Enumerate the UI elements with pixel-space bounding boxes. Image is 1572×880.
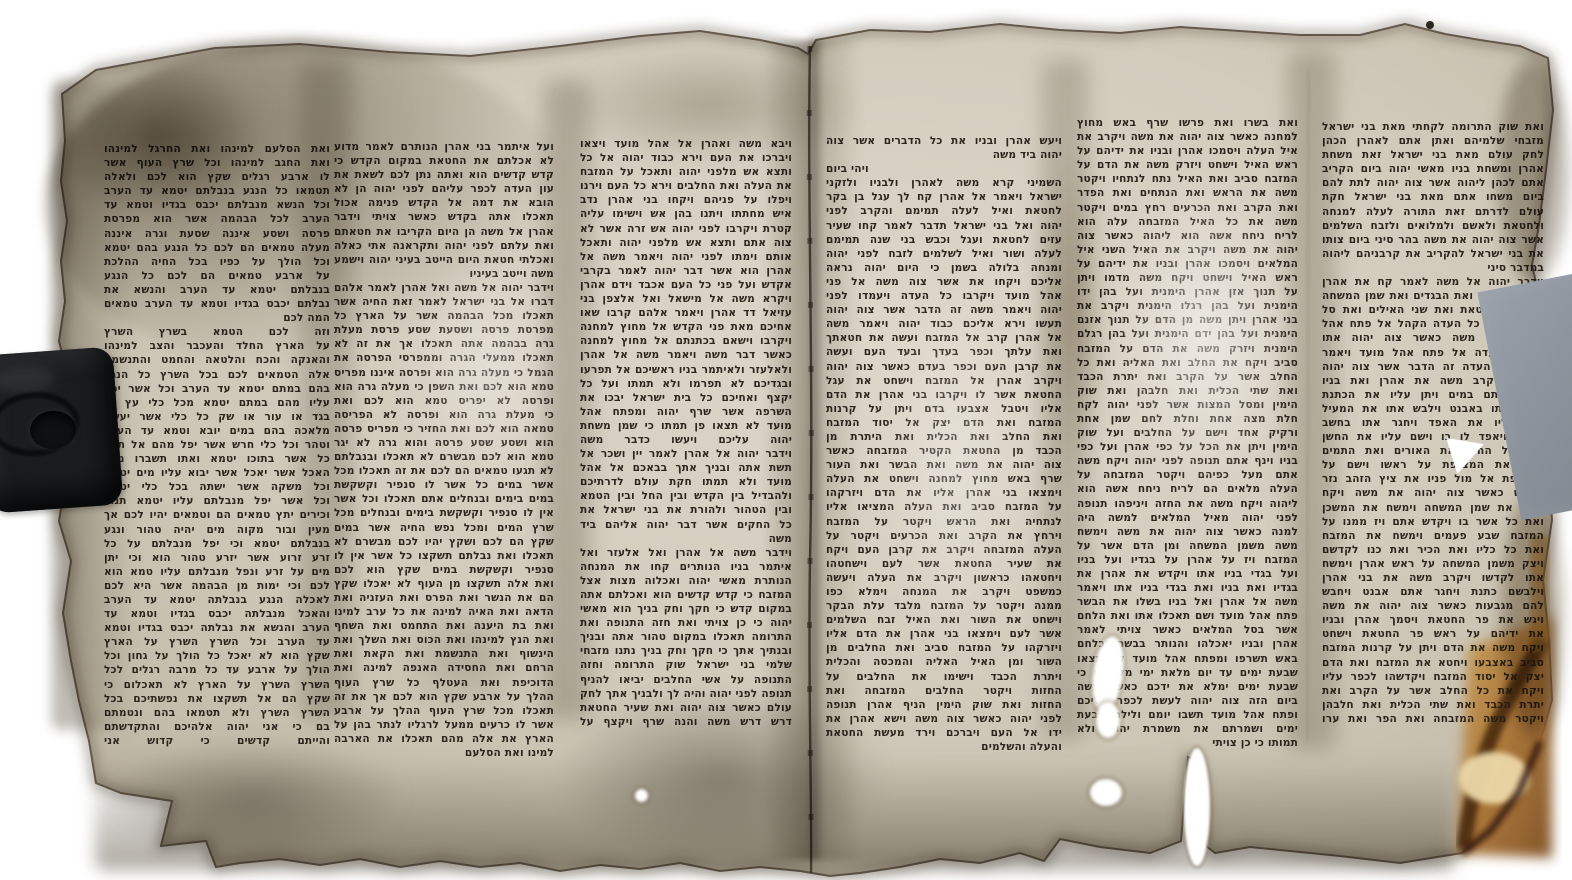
manuscript-line: השמיני קרא משה לאהרן ולבניו ולזקני (826, 176, 1062, 190)
manuscript-line: פתח אהל מועד ושם תאכלו אתו ואת הלחם (1077, 609, 1298, 623)
manuscript-line: לפני יהוה מאיל המלאים למשה היה (1077, 511, 1298, 525)
manuscript-line: ואת הסלעם למינהו ואת החרגל למינהו (104, 142, 330, 156)
manuscript-line: סביב ויקח את החלב ואת האליה ואת כל (1077, 356, 1298, 370)
manuscript-line: על הארץ החלד והעכבר והצב למינהו (104, 339, 330, 353)
manuscript-line: איש מחתתו ויתנו בהן אש וישימו עליה (580, 207, 792, 221)
text-column-3: ויעש אהרן ובניו את כל הדברים אשר צוהיהוה… (826, 134, 1062, 754)
manuscript-line: אשר במים כל אשר לו סנפיר וקשקשת (334, 478, 554, 492)
manuscript-line: ואת כל אשר בו ויקדש אתם ויז ממנו על (1322, 515, 1544, 529)
manuscript-line: בם כי אני יהוה אלהיכם והתקדשתם (104, 720, 330, 734)
manuscript-line: ויקח את כל החלב אשר על הקרב ואת (1322, 684, 1544, 698)
manuscript-line: ויברכו את העם וירא כבוד יהוה אל כל העם (580, 151, 792, 165)
manuscript-line: במדבר סיני (1322, 261, 1544, 275)
manuscript-line: תאכלו אתה בקדש כאשר צויתי וידבר (334, 210, 554, 224)
manuscript-line: ותצא אש מלפני יהוה ותאכל על המזבח (580, 165, 792, 179)
manuscript-line: הימנית ועל בהן ידם הימנית ועל בהן רגלם (1077, 327, 1298, 341)
manuscript-line: לחק עולם מאת בני ישראל זאת משחת (1322, 148, 1544, 162)
manuscript-line: לפני יהוה כאשר צוה משה וישא אהרן את (826, 712, 1062, 726)
manuscript-line: ביום הזה צוה יהוה לעשת לכפר עליכם (1077, 694, 1298, 708)
manuscript-line: בגדיו ואת בניו ואת בגדי בניו אתו ויאמר (1077, 581, 1298, 595)
manuscript-line: המצנפת אל מול פניו את ציץ הזהב נזר (1322, 472, 1544, 486)
manuscript-line: בנבלתם יטמא עד הערב והנשא את (104, 283, 330, 297)
manuscript-line: משה משמן המשחה ומן הדם אשר על (1077, 539, 1298, 553)
manuscript-line: ועל בגדי בניו אתו ויקדש את אהרן את (1077, 567, 1298, 581)
manuscript-line: אין לו סנפיר וקשקשת בימים ובנחלים מכל (334, 506, 554, 520)
manuscript-line: הם את הנשר ואת הפרס ואת העזניה ואת (334, 591, 554, 605)
manuscript-line: ופרסה לא יפריס טמא הוא לכם ואת הארנבת (334, 394, 554, 408)
manuscript-line: הימנית ועל בהן רגלו הימנית ויקרב את (1077, 299, 1298, 313)
manuscript-line: תעשו וירא אליכם כבוד יהוה ויאמר משה (826, 317, 1062, 331)
manuscript-line: ויבא משה ואהרן אל אהל מועד ויצאו (580, 137, 792, 151)
manuscript-line: טמאה הוא לכם ואת החזיר כי מפריס פרסה (334, 422, 554, 436)
manuscript-line: טמא הוא לכם מבשרם לא תאכלו ובנבלתם (334, 450, 554, 464)
black-weight-clamp (0, 347, 123, 514)
manuscript-line: משה את הראש ואת הנתחים ואת הפדר (1077, 186, 1298, 200)
manuscript-line: מועד לא תצאו פן תמתו כי שמן משחת (580, 419, 792, 433)
manuscript-line: לנתחיה ואת הראש ויקטר על המזבח (826, 515, 1062, 529)
manuscript-line: ויתרת הכבד וישימו את החלבים על (826, 670, 1062, 684)
manuscript-line: החטאת אשר לו ויקרבו בני אהרן את הדם (826, 388, 1062, 402)
manuscript-line: צוה אתם ותצא אש מלפני יהוה ותאכל (580, 236, 792, 250)
manuscript-line: צוה יהוה את משה ואת הבשר ואת העור (826, 458, 1062, 472)
manuscript-line: במקום קדש כי חקך וחק בניך הוא מאשי (580, 602, 792, 616)
manuscript-line: וטהר וכל כלי חרש אשר יפל מהם אל תוכו (104, 438, 330, 452)
torah-scroll-photo: ואת שוק התרומה לקחתי מאת בני ישראלמזבחי … (0, 0, 1572, 880)
manuscript-line: ואת הקרב ואת הכרעים רחץ במים ויקטר (1077, 201, 1298, 215)
manuscript-line: קטרת ויקרבו לפני יהוה אש זרה אשר לא (580, 222, 792, 236)
manuscript-line: יהוה ואל בני ישראל תדבר לאמר קחו שעיר (826, 219, 1062, 233)
manuscript-line: אהרן ומשחת בניו מאשי יהוה ביום הקריב (1322, 162, 1544, 176)
manuscript-line: ממנה ויקטר על המזבח מלבד עלת הבקר (826, 599, 1062, 613)
manuscript-line: תשת אתה ובניך אתך בבאכם אל אהל (580, 461, 792, 475)
manuscript-line: למחנה כאשר צוה יהוה את משה ויקרב את (1077, 130, 1298, 144)
manuscript-line: תטמאו כל הנגע בנבלתם יטמא עד הערב (104, 184, 330, 198)
manuscript-line: ליהוה ויקח משה את החזה ויניפהו תנופה (1077, 497, 1298, 511)
manuscript-line: לא תגעו טמאים הם לכם את זה תאכלו מכל (334, 464, 554, 478)
manuscript-line: וידבר יהוה אל אהרן לאמר יין ושכר אל (580, 447, 792, 461)
manuscript-line: איתמר בניו הנותרים קחו את המנחה (580, 560, 792, 574)
manuscript-line: וישחט את השור ואת האיל זבח השלמים (826, 613, 1062, 627)
manuscript-line: משה וייטב בעיניו (334, 267, 554, 281)
manuscript-line: אחיכם מאת פני הקדש אל מחוץ למחנה (580, 320, 792, 334)
manuscript-line: ימים ושמרתם את משמרת יהוה ולא (1077, 722, 1298, 736)
manuscript-line: יהוה את משה ויקרב את האיל השני איל (1077, 243, 1298, 257)
manuscript-line: טמא הוא לכם ואת השפן כי מעלה גרה הוא (334, 380, 554, 394)
manuscript-line: חלת מצה אחת וחלת לחם שמן אחת (1077, 412, 1298, 426)
manuscript-line: שלמי בני ישראל שוק התרומה וחזה (580, 658, 792, 672)
manuscript-line: ידו אל העם ויברכם וירד מעשת החטאת (826, 726, 1062, 740)
manuscript-line: את העלה ואת החלבים וירא כל העם וירנו (580, 179, 792, 193)
manuscript-line: ויהי ביום (826, 162, 1062, 176)
manuscript-line: ואת שוק התרומה לקחתי מאת בני ישראל (1322, 120, 1544, 134)
manuscript-line: ואת אלה תשקצו מן העוף לא יאכלו שקץ (334, 577, 554, 591)
manuscript-line: מזבחי שלמיהם ואתן אתם לאהרן הכהן ולבניו (1322, 134, 1544, 148)
manuscript-line: ביום משחו אתם מאת בני ישראל חקת (1322, 190, 1544, 204)
manuscript-line: הימין ויתן את הכל על כפי אהרן ועל כפי (1077, 440, 1298, 454)
manuscript-line: את ידיהם על ראש פר החטאת וישחט (1322, 627, 1544, 641)
manuscript-line: ויקח משה את הדם ויתן על קרנות המזבח (1322, 641, 1544, 655)
manuscript-line: ויקרבו וישאם בכתנתם אל מחוץ למחנה (580, 334, 792, 348)
manuscript-line: המזבח ואת הדם יצק אל יסוד המזבח (826, 416, 1062, 430)
manuscript-line: מפרסת פרסה ושסעת שסע פרסת מעלת (334, 323, 554, 337)
manuscript-line: כל אשר בתוכו יטמא ואתו תשברו מכל (104, 452, 330, 466)
manuscript-line: את קרבן העם וכפר בעדם כאשר צוה יהוה (826, 360, 1062, 374)
manuscript-line: ואת החגב למינהו וכל שרץ העוף אשר (104, 156, 330, 170)
manuscript-line: ההלך על ארבע שקץ הוא לכם אך את זה (334, 690, 554, 704)
manuscript-line: שקץ הם לכם ושקץ יהיו לכם מבשרם לא (334, 535, 554, 549)
manuscript-line: לכם וכי ימות מן הבהמה אשר היא לכם (104, 579, 330, 593)
manuscript-line: ויחטאהו כראשון ויקרב את העלה ויעשה (826, 571, 1062, 585)
manuscript-line: אקדש ועל פני כל העם אכבד וידם אהרן (580, 278, 792, 292)
manuscript-line: יצק אל יסוד המזבח ויקדשהו לכפר עליו (1322, 670, 1544, 684)
manuscript-line: עון העדה לכפר עליהם לפני יהוה הן לא (334, 182, 554, 196)
manuscript-line: והאכל מנבלתה יכבס בגדיו וטמא עד (104, 607, 330, 621)
manuscript-line: שבעת ימים ימלא את ידכם כאשר עשה (1077, 680, 1298, 694)
manuscript-line: ובנתיך אתך כי חקך וחק בניך נתנו מזבחי (580, 644, 792, 658)
manuscript-line: אהרן ובניו יאכלהו והנותר בבשר ובלחם (1077, 637, 1298, 651)
manuscript-line: השרץ השרץ על הארץ לא תאכלום כי (104, 678, 330, 692)
manuscript-line: ויצק משמן המשחה על ראש אהרן וימשח (1322, 557, 1544, 571)
manuscript-line: יהוה עליכם ויעשו כדבר משה (580, 433, 792, 447)
manuscript-line: אלה הטמאים לכם בכל השרץ כל הנגע (104, 368, 330, 382)
manuscript-line: שקץ הם אל תשקצו את נפשתיכם בכל (104, 692, 330, 706)
manuscript-line: כמשפט ויקרב את המנחה וימלא כפו (826, 585, 1062, 599)
manuscript-line: וכל הנשא מנבלתם יכבס בגדיו וטמא עד (104, 198, 330, 212)
manuscript-line: וילבשם כתנת ויחגר אתם אבנט ויחבש (1322, 585, 1544, 599)
manuscript-line: המזבח שבע פעמים וימשח את המזבח (1322, 529, 1544, 543)
manuscript-line: שרץ המים ומכל נפש החיה אשר במים (334, 521, 554, 535)
manuscript-line: כאשר דבר משה ויאמר משה אל אהרן (580, 348, 792, 362)
manuscript-line: שקץ הוא לא יאכל כל הולך על גחון וכל (104, 649, 330, 663)
manuscript-line: יהוה כי כן צויתי ואת חזה התנופה ואת שוק (580, 616, 792, 630)
manuscript-line: אתם לכהן ליהוה אשר צוה יהוה לתת להם (1322, 176, 1544, 190)
manuscript-line: הארץ את אלה מהם תאכלו את הארבה (334, 732, 554, 746)
manuscript-line: ואכלתי חטאת היום הייטב בעיני יהוה וישמע (334, 253, 554, 267)
manuscript-line: בגד או עור או שק כל כלי אשר יעשה (104, 410, 330, 424)
manuscript-line: וידבר יהוה אל משה ואל אהרן לאמר אלהם (334, 281, 554, 295)
manuscript-line: אליו ויטבל אצבעו בדם ויתן על קרנות (826, 402, 1062, 416)
manuscript-line: לאכלה הנגע בנבלתה יטמא עד הערב (104, 593, 330, 607)
manuscript-line: הדוכיפת ואת העטלף כל שרץ העוף (334, 676, 554, 690)
manuscript-line: תאכלו מכל הבהמה אשר על הארץ כל (334, 309, 554, 323)
manuscript-line: אתו לקדשו ויקרב משה את בני אהרן (1322, 571, 1544, 585)
manuscript-line: אל אהרן קרב אל המזבח ועשה את חטאתך (826, 331, 1062, 345)
manuscript-line: ויפלו על פניהם ויקחו בני אהרן נדב ואביהו… (580, 193, 792, 207)
manuscript-line: התרומה תאכלו במקום טהור אתה ובניך (580, 630, 792, 644)
manuscript-line: תאכלו ואת נבלתם תשקצו כל אשר אין לו (334, 549, 554, 563)
pin-hole-top-right (1426, 21, 1434, 29)
manuscript-line: המזבח כי קדש קדשים הוא ואכלתם אתה (580, 588, 792, 602)
manuscript-line: המלאים ויסמכו אהרן ובניו את ידיהם על (1077, 257, 1298, 271)
manuscript-line: ואת החלב ואת הכלית ואת היתרת מן (826, 430, 1062, 444)
manuscript-line: למנה כאשר צוה יהוה את משה וימשח (1077, 525, 1298, 539)
manuscript-line: עד הערב וכל השרץ השרץ על הארץ (104, 635, 330, 649)
manuscript-line: בניו וינף אתם תנופה לפני יהוה ויקח משה (1077, 454, 1298, 468)
manuscript-line: ויקטר משה המזבחה ואת הפר ואת ערו (1322, 712, 1544, 726)
manuscript-line: את שעיר החטאת אשר לעם וישחטהו (826, 557, 1062, 571)
manuscript-line: כי מעלת גרה הוא ופרסה לא הפריסה (334, 408, 554, 422)
manuscript-line: מועד ולא תמתו חקת עולם לדרתיכם (580, 475, 792, 489)
manuscript-line: לו ארבע רגלים שקץ הוא לכם ולאלה (104, 170, 330, 184)
manuscript-line: ויזרקהו על המזבח סביב ואת החלבים מן (826, 641, 1062, 655)
manuscript-line: הינשוף ואת התנשמת ואת הקאת ואת (334, 647, 554, 661)
manuscript-line: המה לכם (104, 311, 330, 325)
manuscript-line: העלה מלאים הם לריח ניחח אשה הוא (1077, 482, 1298, 496)
manuscript-line: באש תשרפו ומפתח אהל מועד לא תצאו (1077, 652, 1298, 666)
manuscript-line: וכירים יתץ טמאים הם וטמאים יהיו לכם אך (104, 508, 330, 522)
manuscript-line: אשר בסל המלאים כאשר צויתי לאמר (1077, 623, 1298, 637)
manuscript-line: ורקיק אחד וישם על החלבים ועל שוק (1077, 426, 1298, 440)
manuscript-line: וימצאו בני אהרן אליו את הדם ויזרקהו (826, 486, 1062, 500)
manuscript-line: שרף באש מחוץ למחנה וישחט את העלה (826, 472, 1062, 486)
manuscript-line: הנותרת מאשי יהוה ואכלוה מצות אצל (580, 574, 792, 588)
manuscript-line: וידבר משה אל אהרן ואל אלעזר ואל (580, 546, 792, 560)
manuscript-line: המזבח סביב ואת האיל נתח לנתחיו ויקטר (1077, 172, 1298, 186)
manuscript-line: הוא ושסע שסע פרסה והוא גרה לא יגר (334, 436, 554, 450)
manuscript-line: ופתח אהל מועד תשבו יומם ולילה שבעת (1077, 708, 1298, 722)
manuscript-line: אותם וימתו לפני יהוה ויאמר משה אל (580, 250, 792, 264)
manuscript-line: להם מגבעות כאשר צוה יהוה את משה (1322, 599, 1544, 613)
manuscript-line: שבעת ימים עד יום מלאת ימי מלאיכם כי (1077, 666, 1298, 680)
manuscript-line: ויעש אהרן ובניו את כל הדברים אשר צוה (826, 134, 1062, 148)
manuscript-line: קדש קדשים הוא ואתה נתן לכם לשאת את (334, 168, 554, 182)
manuscript-line: ולהבדיל בין הקדש ובין החל ובין הטמא (580, 489, 792, 503)
manuscript-line: למינו ואת הסלעם (334, 746, 554, 760)
manuscript-line: האכל אשר יאכל אשר יבוא עליו מים יטמא (104, 466, 330, 480)
clamp-smudge (0, 365, 55, 395)
manuscript-line: על תנוך אזן אהרן הימנית ועל בהן ידו (1077, 285, 1298, 299)
manuscript-line: משה אל אהרן ואל בניו בשלו את הבשר (1077, 595, 1298, 609)
manuscript-line: הדאה ואת האיה למינה את כל ערב למינו (334, 605, 554, 619)
manuscript-line: ואת עלתם לפני יהוה ותקראנה אתי כאלה (334, 239, 554, 253)
manuscript-line: ובגדיכם לא תפרמו ולא תמתו ועל כל העדה (580, 377, 792, 391)
manuscript-line: סביב באצבעו ויחטא את המזבח ואת הדם (1322, 656, 1544, 670)
manuscript-line: אתם מעל כפיהם ויקטר המזבחה על (1077, 468, 1298, 482)
manuscript-line: את בני ישראל להקריב את קרבניהם ליהוה (1322, 247, 1544, 261)
text-column-5: ועל איתמר בני אהרן הנותרם לאמר מדועלא אכ… (334, 140, 554, 760)
manuscript-line: תמותו כי כן צויתי (1077, 736, 1298, 750)
manuscript-line: השור ומן האיל האליה והמכסה והכלית (826, 655, 1062, 669)
manuscript-line: משה את כל האיל המזבחה עלה הוא (1077, 215, 1298, 229)
manuscript-line: עזיאל דד אהרן ויאמר אלהם קרבו שאו את (580, 306, 792, 320)
manuscript-line: השרץ השרץ ולא תטמאו בהם ונטמתם (104, 706, 330, 720)
manuscript-line: ראש האיל וישחט ויזרק משה את הדם על (1077, 158, 1298, 172)
manuscript-line: משה (580, 532, 792, 546)
manuscript-line: תנופה לפני יהוה והיה לך ולבניך אתך לחק (580, 687, 792, 701)
manuscript-line: הכבד מן החטאת הקטיר המזבחה כאשר (826, 444, 1062, 458)
manuscript-line: ואת כל כליו ואת הכיר ואת כנו לקדשם (1322, 543, 1544, 557)
manuscript-line: ואת עלתך וכפר בעדך ובעד העם ועשה (826, 345, 1062, 359)
manuscript-line: הערב והנשא את נבלתה יכבס בגדיו וטמא (104, 621, 330, 635)
manuscript-line: לריח ניחח אשה הוא ליהוה כאשר צוה (1077, 229, 1298, 243)
manuscript-line: אהרן אל משה הן היום הקריבו את חטאתם (334, 225, 554, 239)
manuscript-line: המזבח ויז על אהרן על בגדיו ועל בניו (1077, 553, 1298, 567)
manuscript-line: לעלה ושור ואיל לשלמים לזבח לפני יהוה (826, 247, 1062, 261)
manuscript-line: בהם במתם יטמא עד הערב וכל אשר יפל (104, 382, 330, 396)
manuscript-line: ולאלעזר ולאיתמר בניו ראשיכם אל תפרעו (580, 363, 792, 377)
manuscript-line: ואת בשרו ואת פרשו שרף באש מחוץ (1077, 116, 1298, 130)
manuscript-line: אהל מועד ויקרבו כל העדה ויעמדו לפני (826, 289, 1062, 303)
manuscript-line: נבלתם יכבס בגדיו וטמא עד הערב טמאים (104, 297, 330, 311)
manuscript-line: אשר צוה יהוה את משה בהר סיני ביום צותו (1322, 233, 1544, 247)
manuscript-line: לחטאת ואיל לעלה תמימם והקרב לפני (826, 204, 1062, 218)
manuscript-line: אליכם ויקחו את אשר צוה משה אל פני (826, 275, 1062, 289)
manuscript-line: יקצף ואחיכם כל בית ישראל יבכו את (580, 391, 792, 405)
manuscript-line: החזות ויקטר החלבים המזבחה ואת (826, 684, 1062, 698)
manuscript-line: הימין ומסל המצות אשר לפני יהוה לקח (1077, 398, 1298, 412)
manuscript-line: כל החקים אשר דבר יהוה אליהם ביד (580, 518, 792, 532)
manuscript-line: הגמל כי מעלה גרה הוא ופרסה איננו מפריס (334, 366, 554, 380)
manuscript-line: על ארבע טמאים הם לכם כל הנגע (104, 269, 330, 283)
manuscript-line: ישראל ויאמר אל אהרן קח לך עגל בן בקר (826, 190, 1062, 204)
manuscript-line: יתרת הכבד ואת שתי הכלית ואת חלבהן (1322, 698, 1544, 712)
text-column-4: ויבא משה ואהרן אל אהל מועד ויצאוויברכו א… (580, 137, 792, 729)
manuscript-line: אהרן הוא אשר דבר יהוה לאמר בקרבי (580, 264, 792, 278)
manuscript-line: הקדש כאשר צוה יהוה את משה ויקח (1322, 486, 1544, 500)
manuscript-line: מעין ובור מקוה מים יהיה טהור ונגע (104, 523, 330, 537)
manuscript-line: ויגש את פר החטאת ויסמך אהרן ובניו (1322, 613, 1544, 627)
manuscript-line: והאנקה והכח והלטאה והחמט והתנשמת (104, 353, 330, 367)
manuscript-line: העלה המזבחה ויקרב את קרבן העם ויקח (826, 543, 1062, 557)
manuscript-line: ועל איתמר בני אהרן הנותרם לאמר מדוע (334, 140, 554, 154)
manuscript-line: מים על זרע ונפל מנבלתם עליו טמא הוא (104, 565, 330, 579)
manuscript-line: בנבלתם יטמא וכי יפל מנבלתם על כל (104, 537, 330, 551)
manuscript-line: אשר לו כרעים ממעל לרגליו לנתר בהן על (334, 718, 554, 732)
manuscript-line: זרע זרוע אשר יזרע טהור הוא וכי יתן (104, 551, 330, 565)
manuscript-line: והייתם קדשים כי קדוש אני (104, 734, 330, 748)
manuscript-line: הערב לכל הבהמה אשר הוא מפרסת (104, 212, 330, 226)
manuscript-line: וירחץ את הקרב ואת הכרעים ויקטר על (826, 529, 1062, 543)
manuscript-line: עזים לחטאת ועגל וכבש בני שנה תמימם (826, 233, 1062, 247)
manuscript-line: והעלה והשלמים (826, 740, 1062, 754)
manuscript-line: החלב אשר על הקרב ואת יתרת הכבד (1077, 370, 1298, 384)
manuscript-line: לא אכלתם את החטאת במקום הקדש כי (334, 154, 554, 168)
text-column-6-leftmost: ואת הסלעם למינהו ואת החרגל למינהוואת החג… (104, 142, 330, 748)
manuscript-line: דרש דרש משה והנה שרף ויקצף על אלעזר (580, 715, 792, 729)
manuscript-line: הרחם ואת החסידה האנפה למינה ואת (334, 661, 554, 675)
manuscript-line: השרפה אשר שרף יהוה ומפתח אהל (580, 405, 792, 419)
manuscript-line: ויקרא משה אל מישאל ואל אלצפן בני (580, 292, 792, 306)
manuscript-line: החזות ואת שוק הימין הניף אהרן תנופה (826, 698, 1062, 712)
manuscript-line: אשר לעם וימצאו בני אהרן את הדם אליו (826, 627, 1062, 641)
manuscript-line: ויקרב אהרן אל המזבח וישחט את עגל (826, 374, 1062, 388)
manuscript-line: וכל משקה אשר ישתה בכל כלי יטמא (104, 480, 330, 494)
manuscript-line: משה את שמן המשחה וימשח את המשכן (1322, 501, 1544, 515)
manuscript-line: תאכלו מכל שרץ העוף ההלך על ארבע (334, 704, 554, 718)
manuscript-line: ואת הנץ למינהו ואת הכוס ואת השלך ואת (334, 633, 554, 647)
manuscript-line: ואת שתי הכלית ואת חלבהן ואת שוק (1077, 384, 1298, 398)
manuscript-line: מעלה טמאים הם לכם כל הנגע בהם יטמא (104, 241, 330, 255)
manuscript-line: ובין הטהור ולהורת את בני ישראל את (580, 503, 792, 517)
manuscript-line: עולם כאשר צוה יהוה ואת שעיר החטאת (580, 701, 792, 715)
manuscript-line: פרסה ושסע איננה שסעת וגרה איננה (104, 227, 330, 241)
manuscript-line: סנפיר וקשקשת במים שקץ הוא לכם (334, 563, 554, 577)
manuscript-line: הובא את דמה אל הקדש פנימה אכול (334, 196, 554, 210)
manuscript-line: על המזבח סביב ואת העלה המציאו אליו (826, 500, 1062, 514)
manuscript-line: הימנית ויזרק משה את הדם על המזבח (1077, 342, 1298, 356)
manuscript-line: יהוה ביד משה (826, 148, 1062, 162)
manuscript-line: וכל אשר יפל מנבלתם עליו יטמא תנור (104, 494, 330, 508)
manuscript-line: עולם לדרתם זאת התורה לעלה למנחה (1322, 205, 1544, 219)
manuscript-line: איל העלה ויסמכו אהרן ובניו את ידיהם על (1077, 144, 1298, 158)
manuscript-line: וכל הולך על כפיו בכל החיה ההלכת (104, 255, 330, 269)
manuscript-line: במים בימים ובנחלים אתם תאכלו וכל אשר (334, 492, 554, 506)
manuscript-line: בני אהרן ויתן משה מן הדם על תנוך אזנם (1077, 313, 1298, 327)
manuscript-line: ולחטאת ולאשם ולמלואים ולזבח השלמים (1322, 219, 1544, 233)
manuscript-line: תאכלו ממעלי הגרה וממפרסי הפרסה את (334, 351, 554, 365)
manuscript-line: עליו מהם במתם יטמא מכל כלי עץ או (104, 396, 330, 410)
manuscript-line: התנופה על אשי החלבים יביאו להניף (580, 673, 792, 687)
manuscript-line: מלאכה בהם במים יובא וטמא עד הערב (104, 424, 330, 438)
text-column-2: ואת בשרו ואת פרשו שרף באש מחוץלמחנה כאשר… (1077, 116, 1298, 750)
manuscript-line: וזה לכם הטמא בשרץ השרץ (104, 325, 330, 339)
manuscript-line: דברו אל בני ישראל לאמר זאת החיה אשר (334, 295, 554, 309)
manuscript-line: ומנחה בלולה בשמן כי היום יהוה נראה (826, 261, 1062, 275)
manuscript-line: הולך על ארבע עד כל מרבה רגלים לכל (104, 663, 330, 677)
manuscript-line: ראש האיל וישחט ויקח משה מדמו ויתן (1077, 271, 1298, 285)
manuscript-line: יהוה ויאמר משה זה הדבר אשר צוה יהוה (826, 303, 1062, 317)
manuscript-line: ואת בת היענה ואת התחמס ואת השחף (334, 619, 554, 633)
manuscript-line: גרה בבהמה אתה תאכלו אך את זה לא (334, 337, 554, 351)
